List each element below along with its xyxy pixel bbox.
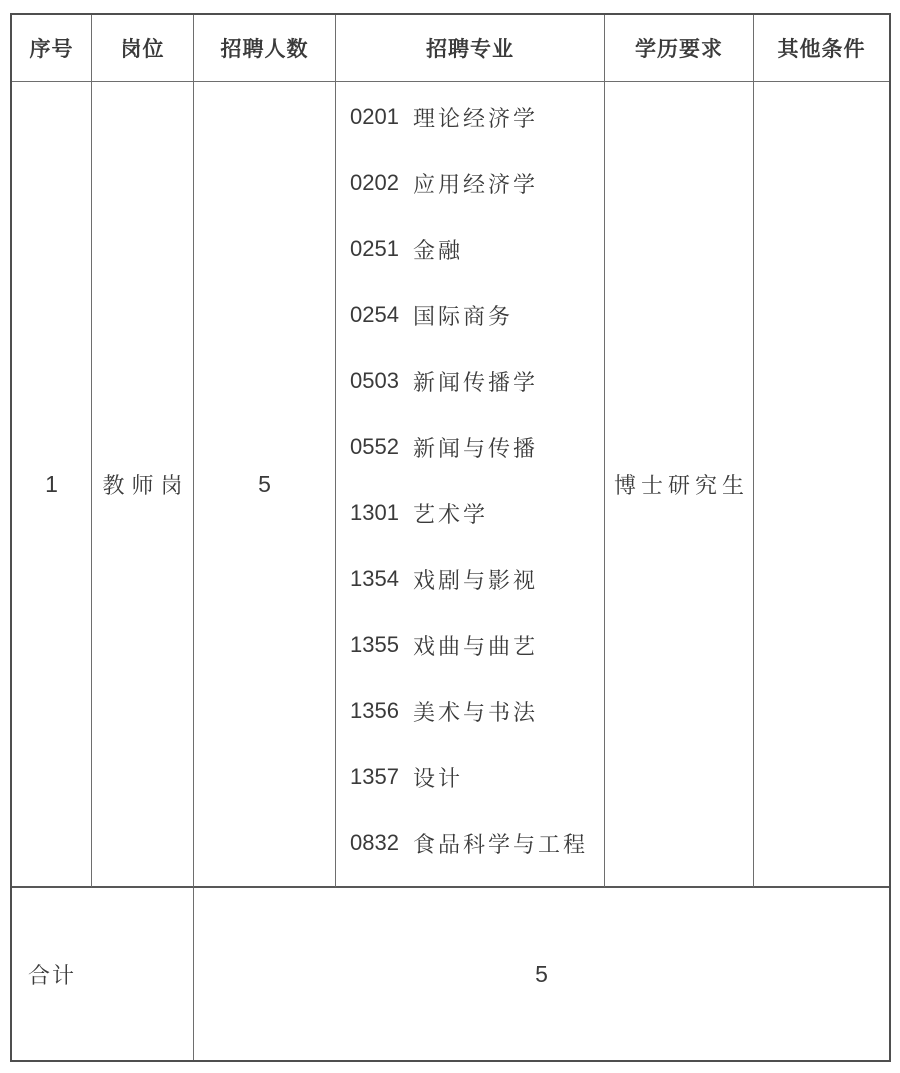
major-code: 0503 xyxy=(350,368,399,394)
major-item: 0832 食品科学与工程 xyxy=(350,810,588,876)
major-code: 1357 xyxy=(350,764,399,790)
cell-recruit-majors: 0201 理论经济学 0202 应用经济学 0251 金融 0254 国际商务 … xyxy=(336,82,605,888)
header-recruit-majors: 招聘专业 xyxy=(336,15,605,82)
major-item: 0201 理论经济学 xyxy=(350,84,538,150)
header-other-conditions: 其他条件 xyxy=(754,15,889,82)
major-name: 艺术学 xyxy=(413,498,488,529)
cell-serial-number: 1 xyxy=(12,82,92,888)
major-name: 戏曲与曲艺 xyxy=(413,630,538,661)
major-item: 0251 金融 xyxy=(350,216,463,282)
recruitment-table: 序号 岗位 招聘人数 招聘专业 学历要求 其他条件 1 教师岗 5 0201 理… xyxy=(10,13,891,1062)
major-item: 1354 戏剧与影视 xyxy=(350,546,538,612)
major-code: 0832 xyxy=(350,830,399,856)
major-code: 1356 xyxy=(350,698,399,724)
header-position: 岗位 xyxy=(92,15,194,82)
major-item: 0202 应用经济学 xyxy=(350,150,538,216)
header-recruit-count: 招聘人数 xyxy=(194,15,336,82)
major-item: 0503 新闻传播学 xyxy=(350,348,538,414)
cell-education-requirement: 博士研究生 xyxy=(605,82,754,888)
total-value: 5 xyxy=(194,888,889,1060)
major-code: 1301 xyxy=(350,500,399,526)
major-name: 新闻与传播 xyxy=(413,432,538,463)
header-serial-number: 序号 xyxy=(12,15,92,82)
total-label: 合计 xyxy=(12,888,194,1060)
major-code: 0254 xyxy=(350,302,399,328)
cell-other-conditions xyxy=(754,82,889,888)
major-code: 0201 xyxy=(350,104,399,130)
major-code: 0251 xyxy=(350,236,399,262)
major-name: 新闻传播学 xyxy=(413,366,538,397)
major-code: 1355 xyxy=(350,632,399,658)
major-item: 0552 新闻与传播 xyxy=(350,414,538,480)
cell-position: 教师岗 xyxy=(92,82,194,888)
major-item: 1356 美术与书法 xyxy=(350,678,538,744)
major-name: 食品科学与工程 xyxy=(413,828,588,859)
major-item: 1355 戏曲与曲艺 xyxy=(350,612,538,678)
major-code: 0552 xyxy=(350,434,399,460)
major-item: 1301 艺术学 xyxy=(350,480,488,546)
major-name: 美术与书法 xyxy=(413,696,538,727)
major-name: 应用经济学 xyxy=(413,168,538,199)
major-code: 0202 xyxy=(350,170,399,196)
major-name: 设计 xyxy=(413,762,463,793)
major-name: 戏剧与影视 xyxy=(413,564,538,595)
major-code: 1354 xyxy=(350,566,399,592)
cell-recruit-count: 5 xyxy=(194,82,336,888)
major-item: 1357 设计 xyxy=(350,744,463,810)
major-name: 理论经济学 xyxy=(413,102,538,133)
major-name: 金融 xyxy=(413,234,463,265)
major-item: 0254 国际商务 xyxy=(350,282,513,348)
header-education-requirement: 学历要求 xyxy=(605,15,754,82)
major-name: 国际商务 xyxy=(413,300,513,331)
